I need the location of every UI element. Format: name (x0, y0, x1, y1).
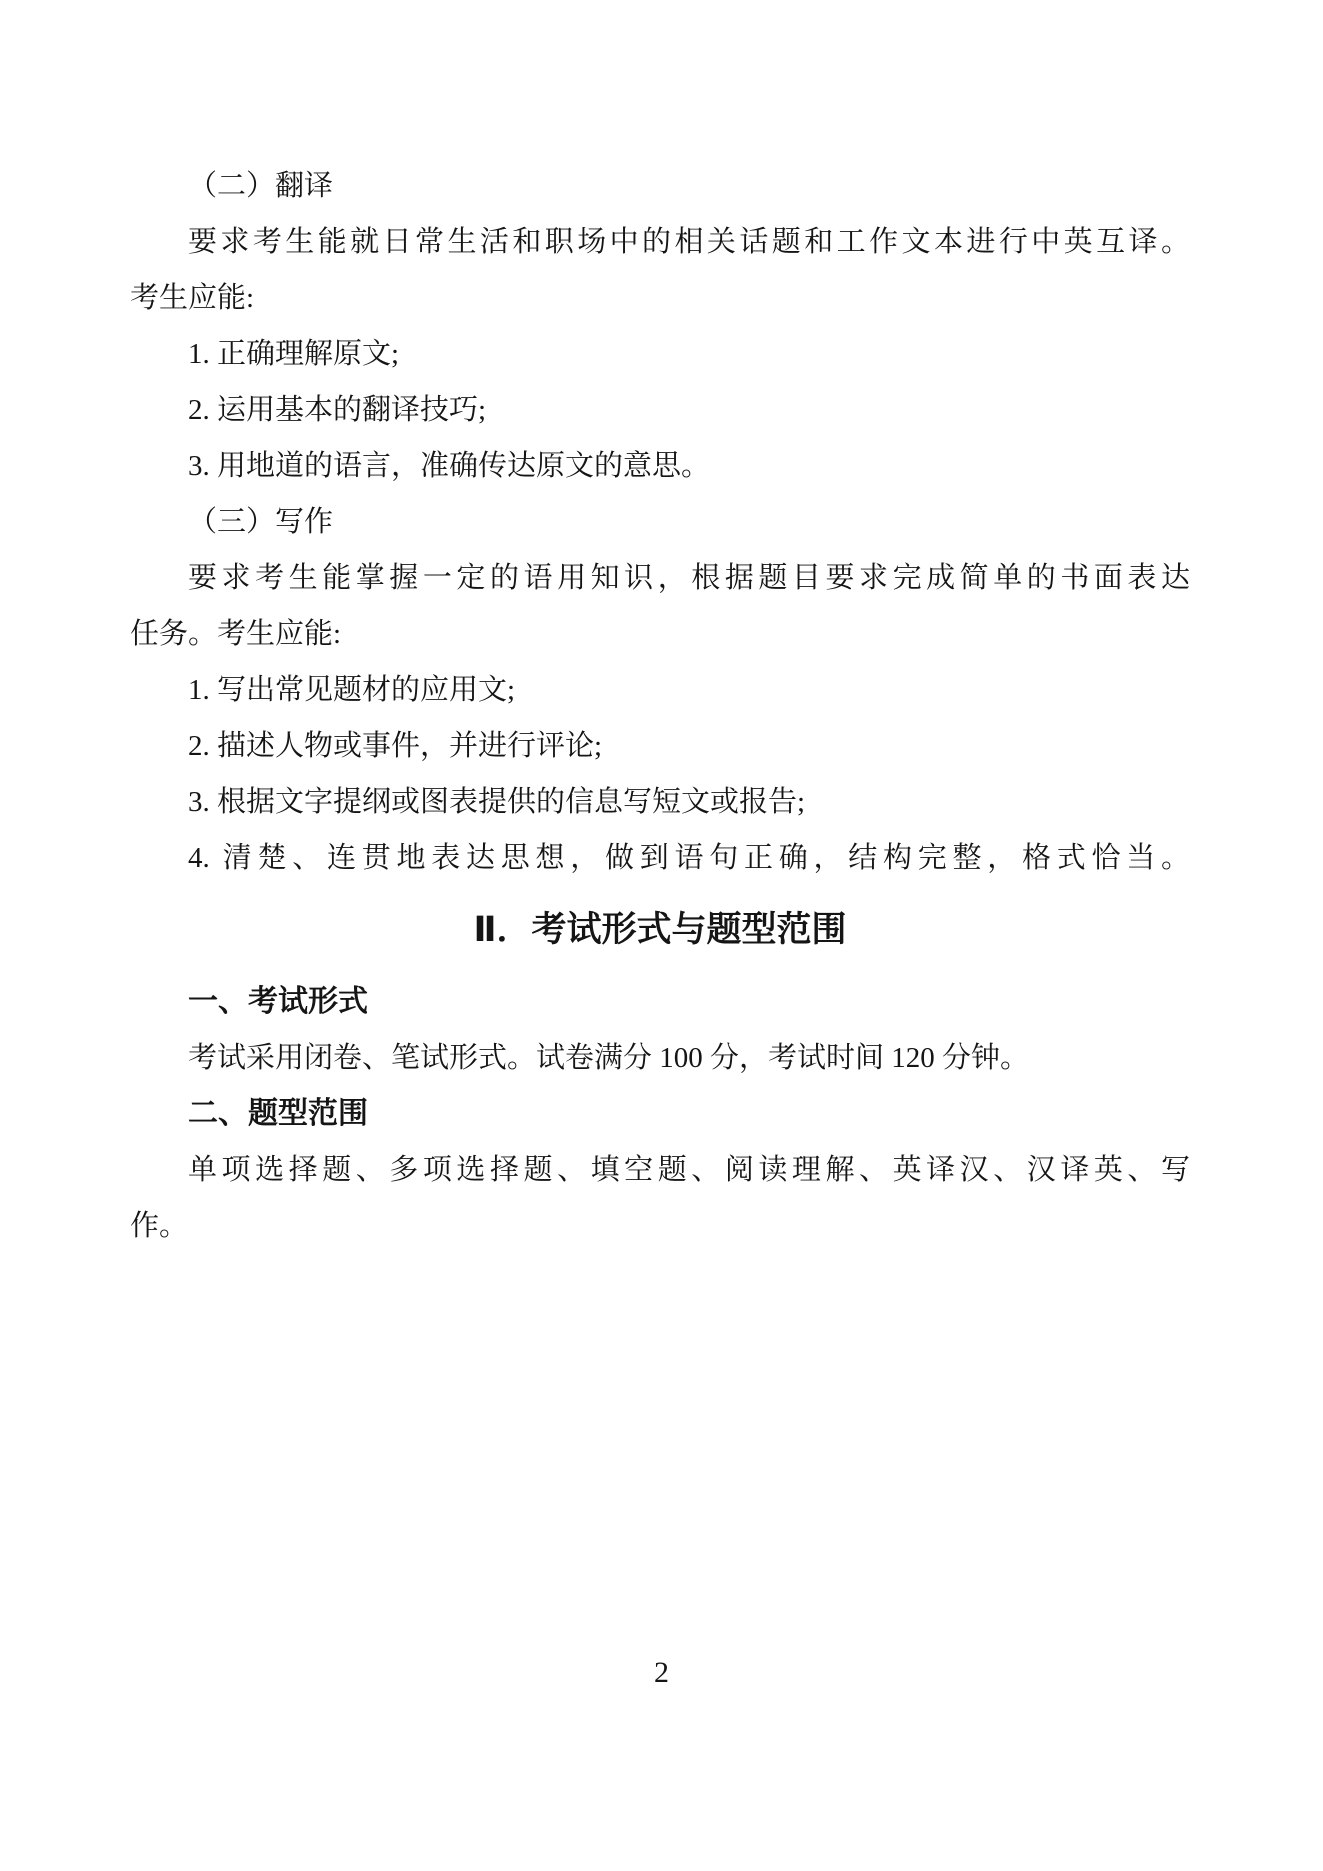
page-number: 2 (0, 1645, 1323, 1701)
translation-list-item: 3. 用地道的语言，准确传达原文的意思。 (130, 438, 1190, 494)
exam-section-main-heading: Ⅱ．考试形式与题型范围 (130, 886, 1190, 974)
writing-list-item: 4. 清楚、连贯地表达思想，做到语句正确，结构完整，格式恰当。 (130, 830, 1190, 886)
writing-list-item: 3. 根据文字提纲或图表提供的信息写短文或报告; (130, 774, 1190, 830)
question-types-body-line-2: 作。 (130, 1198, 1190, 1254)
translation-list-item: 2. 运用基本的翻译技巧; (130, 382, 1190, 438)
question-types-body-line-1: 单项选择题、多项选择题、填空题、阅读理解、英译汉、汉译英、写 (130, 1142, 1190, 1198)
translation-section-heading: （二）翻译 (130, 158, 1190, 214)
question-types-heading: 二、题型范围 (130, 1086, 1190, 1142)
document-page: （二）翻译 要求考生能就日常生活和职场中的相关话题和工作文本进行中英互译。 考生… (0, 0, 1323, 1871)
writing-list-item: 1. 写出常见题材的应用文; (130, 662, 1190, 718)
document-content: （二）翻译 要求考生能就日常生活和职场中的相关话题和工作文本进行中英互译。 考生… (130, 158, 1190, 1254)
writing-intro-line-2: 任务。考生应能: (130, 606, 1190, 662)
translation-intro-line-2: 考生应能: (130, 270, 1190, 326)
exam-format-heading: 一、考试形式 (130, 974, 1190, 1030)
translation-intro-line-1: 要求考生能就日常生活和职场中的相关话题和工作文本进行中英互译。 (130, 214, 1190, 270)
writing-intro-line-1: 要求考生能掌握一定的语用知识，根据题目要求完成简单的书面表达 (130, 550, 1190, 606)
writing-list-item: 2. 描述人物或事件，并进行评论; (130, 718, 1190, 774)
exam-format-body: 考试采用闭卷、笔试形式。试卷满分 100 分，考试时间 120 分钟。 (130, 1030, 1190, 1086)
translation-list-item: 1. 正确理解原文; (130, 326, 1190, 382)
writing-section-heading: （三）写作 (130, 494, 1190, 550)
